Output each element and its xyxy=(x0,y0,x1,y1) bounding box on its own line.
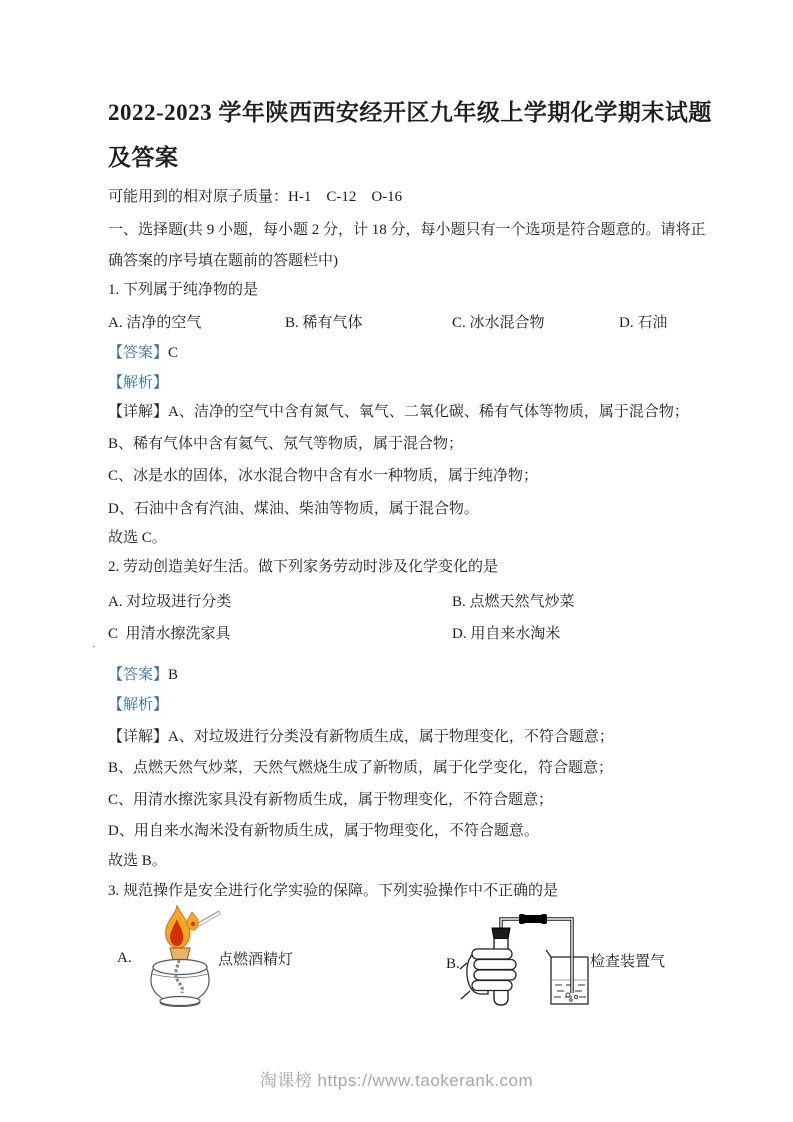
q2-option-b: B. 点燃天然气炒菜 xyxy=(452,590,575,611)
q1-detail-line-1: 【详解】A、洁净的空气中含有氮气、氧气、二氧化碳、稀有气体等物质，属于混合物； xyxy=(108,403,689,421)
q2-detail-line-3: C、用清水擦洗家具没有新物质生成，属于物理变化，不符合题意； xyxy=(108,791,553,809)
alcohol-lamp-illustration xyxy=(147,904,227,1008)
q2-detail-line-1: 【详解】A、对垃圾进行分类没有新物质生成，属于物理变化，不符合题意； xyxy=(108,728,614,746)
q1-option-b: B. 稀有气体 xyxy=(285,311,363,332)
q2-option-c: C 用清水擦洗家具 xyxy=(108,622,231,643)
lamp-cap xyxy=(170,948,190,960)
q1-analysis-label: 【解析】 xyxy=(108,374,168,392)
page-title-line-2: 及答案 xyxy=(108,149,179,167)
wrist-line-2 xyxy=(461,991,470,999)
wrist-line-1 xyxy=(460,963,467,969)
match-flame xyxy=(187,912,198,930)
q1-detail-line-2: B、稀有气体中含有氦气、氖气等物质，属于混合物； xyxy=(108,435,463,453)
q2-answer-label: 【答案】 xyxy=(108,667,168,683)
q3-option-b-caption: 检查装置气 xyxy=(590,950,665,971)
q2-analysis-label: 【解析】 xyxy=(108,696,168,714)
stray-dot: · xyxy=(92,641,96,653)
q2-option-d: D. 用自来水淘米 xyxy=(452,622,560,643)
lamp-foot xyxy=(160,997,200,1006)
q3-stem: 3. 规范操作是安全进行化学实验的保障。下列实验操作中不正确的是 xyxy=(108,882,558,900)
rubber-connector xyxy=(519,914,547,924)
q1-option-a: A. 洁净的空气 xyxy=(108,311,201,332)
finger-2 xyxy=(474,960,516,970)
q2-option-a: A. 对垃圾进行分类 xyxy=(108,590,231,611)
finger-3 xyxy=(474,970,516,980)
airtightness-check-illustration xyxy=(458,903,593,1011)
page-title-line-1: 2022-2023 学年陕西西安经开区九年级上学期化学期末试题 xyxy=(108,104,712,122)
q1-answer-label: 【答案】 xyxy=(108,345,168,361)
beaker xyxy=(546,950,588,1004)
q2-stem: 2. 劳动创造美好生活。做下列家务劳动时涉及化学变化的是 xyxy=(108,558,498,576)
section-heading-line-2: 确答案的序号填在题前的答题栏中) xyxy=(108,252,338,270)
q1-detail-line-4: D、石油中含有汽油、煤油、柴油等物质，属于混合物。 xyxy=(108,500,479,518)
q1-detail-line-3: C、冰是水的固体，冰水混合物中含有水一种物质，属于纯净物； xyxy=(108,467,538,485)
stopper xyxy=(492,928,510,939)
q2-answer-line: 【答案】B xyxy=(108,666,178,684)
q1-answer-line: 【答案】C xyxy=(108,344,178,362)
match-flame-core xyxy=(191,922,195,926)
q1-stem: 1. 下列属于纯净物的是 xyxy=(108,281,258,299)
finger-4 xyxy=(472,981,512,991)
q2-conclusion: 故选 B。 xyxy=(108,852,167,870)
q1-answer-value: C xyxy=(168,345,178,361)
q2-detail-line-2: B、点燃天然气炒菜，天然气燃烧生成了新物质，属于化学变化，符合题意； xyxy=(108,759,613,777)
q1-option-d: D. 石油 xyxy=(619,311,667,332)
q1-option-c: C. 冰水混合物 xyxy=(452,311,545,332)
finger-1 xyxy=(472,949,512,959)
q3-option-a-label: A. xyxy=(117,950,132,967)
q3-option-a-caption: 点燃酒精灯 xyxy=(218,948,293,969)
footer-watermark: 淘课榜 https://www.taokerank.com xyxy=(0,1066,793,1091)
q2-answer-value: B xyxy=(168,667,178,683)
section-heading-line-1: 一、选择题(共 9 小题，每小题 2 分，计 18 分，每小题只有一个选项是符合… xyxy=(108,221,706,239)
q2-detail-line-4: D、用自来水淘米没有新物质生成，属于物理变化，不符合题意。 xyxy=(108,822,539,840)
exam-document-page: 2022-2023 学年陕西西安经开区九年级上学期化学期末试题 及答案 可能用到… xyxy=(0,0,793,1122)
atomic-mass-note: 可能用到的相对原子质量：H-1 C-12 O-16 xyxy=(108,188,402,206)
q1-conclusion: 故选 C。 xyxy=(108,529,167,547)
